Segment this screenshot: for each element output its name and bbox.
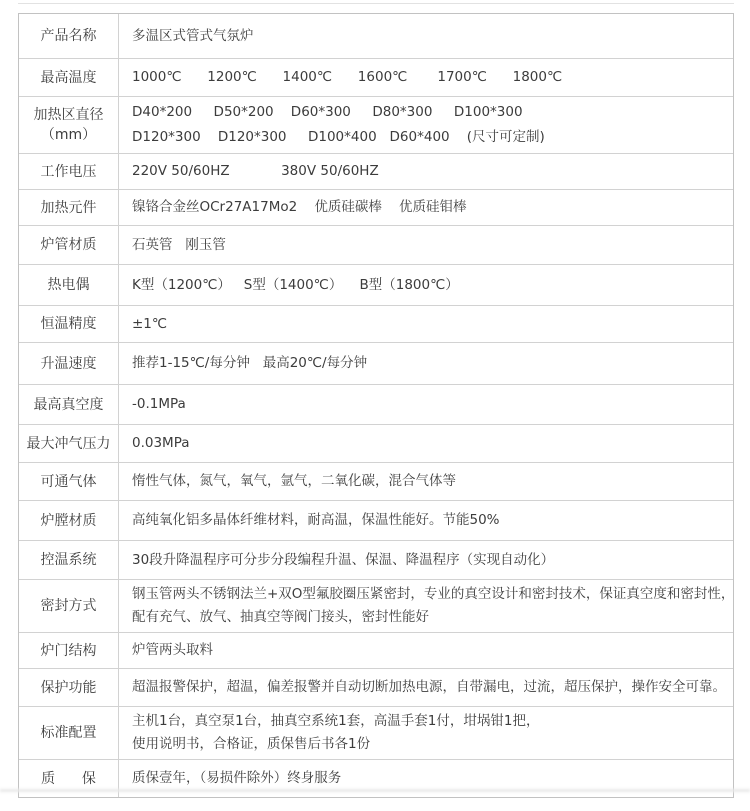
spec-row: 最大冲气压力0.03MPa — [19, 425, 733, 463]
spec-label: 密封方式 — [19, 580, 119, 632]
spec-label-line: 加热元件 — [41, 198, 97, 218]
spec-value-line: 0.03MPa — [132, 432, 727, 455]
spec-value: K型（1200℃） S型（1400℃） B型（1800℃） — [119, 271, 733, 300]
spec-label-line: 产品名称 — [41, 26, 97, 46]
spec-label-line: 最高真空度 — [34, 395, 104, 415]
spec-value: 镍铬合金丝OCr27A17Mo2 优质硅碳棒 优质硅钼棒 — [119, 193, 733, 222]
spec-value-line: 配有充气、放气、抽真空等阀门接头，密封性能好 — [132, 606, 727, 629]
spec-label-line: （mm） — [41, 125, 96, 145]
spec-row: 炉膛材质高纯氧化铝多晶体纤维材料，耐高温，保温性能好。节能50% — [19, 501, 733, 541]
spec-row: 加热区直径（mm）D40*200 D50*200 D60*300 D80*300… — [19, 97, 733, 154]
bottom-divider-shadow — [0, 789, 750, 792]
spec-value: 惰性气体，氮气，氧气，氩气，二氧化碳，混合气体等 — [119, 467, 733, 496]
spec-value-line: 主机1台，真空泵1台，抽真空系统1套，高温手套1付，坩埚钳1把， — [132, 710, 727, 733]
spec-value: D40*200 D50*200 D60*300 D80*300 D100*300… — [119, 97, 733, 153]
spec-label: 工作电压 — [19, 154, 119, 189]
spec-value: ±1℃ — [119, 310, 733, 339]
spec-value: 石英管 刚玉管 — [119, 231, 733, 260]
spec-value-line: D120*300 D120*300 D100*400 D60*400 (尺寸可定… — [132, 125, 727, 150]
spec-label-line: 加热区直径 — [34, 105, 104, 125]
spec-label-line: 标准配置 — [41, 723, 97, 743]
spec-value-line: 30段升降温程序可分步分段编程升温、保温、降温程序（实现自动化） — [132, 549, 727, 572]
spec-row: 产品名称多温区式管式气氛炉 — [19, 14, 733, 59]
spec-value-line: 高纯氧化铝多晶体纤维材料，耐高温，保温性能好。节能50% — [132, 509, 727, 532]
spec-value: 高纯氧化铝多晶体纤维材料，耐高温，保温性能好。节能50% — [119, 506, 733, 535]
spec-label: 最高真空度 — [19, 385, 119, 424]
spec-value: 主机1台，真空泵1台，抽真空系统1套，高温手套1付，坩埚钳1把，使用说明书，合格… — [119, 707, 733, 759]
spec-label: 可通气体 — [19, 463, 119, 500]
spec-label: 升温速度 — [19, 343, 119, 384]
spec-label-line: 炉门结构 — [41, 641, 97, 661]
spec-label-line: 炉管材质 — [41, 235, 97, 255]
spec-row: 热电偶K型（1200℃） S型（1400℃） B型（1800℃） — [19, 265, 733, 306]
spec-value: 炉管两头取料 — [119, 636, 733, 665]
spec-value: 0.03MPa — [119, 429, 733, 458]
spec-value-line: 质保壹年，（易损件除外）终身服务 — [132, 767, 727, 790]
spec-label-line: 炉膛材质 — [41, 511, 97, 531]
spec-row: 密封方式钢玉管两头不锈钢法兰+双O型氟胶圈压紧密封，专业的真空设计和密封技术，保… — [19, 580, 733, 633]
spec-value-line: 使用说明书，合格证，质保售后书各1份 — [132, 733, 727, 756]
spec-label: 加热区直径（mm） — [19, 97, 119, 153]
spec-label-line: 工作电压 — [41, 162, 97, 182]
spec-label-line: 密封方式 — [41, 596, 97, 616]
spec-value: 1000℃ 1200℃ 1400℃ 1600℃ 1700℃ 1800℃ — [119, 63, 733, 92]
spec-row: 标准配置主机1台，真空泵1台，抽真空系统1套，高温手套1付，坩埚钳1把，使用说明… — [19, 707, 733, 760]
spec-value-line: K型（1200℃） S型（1400℃） B型（1800℃） — [132, 274, 727, 297]
spec-value-line: 惰性气体，氮气，氧气，氩气，二氧化碳，混合气体等 — [132, 470, 727, 493]
spec-label-line: 最高温度 — [41, 68, 97, 88]
spec-value-line: 炉管两头取料 — [132, 639, 727, 662]
spec-label: 最高温度 — [19, 59, 119, 96]
spec-value-line: 镍铬合金丝OCr27A17Mo2 优质硅碳棒 优质硅钼棒 — [132, 196, 727, 219]
spec-row: 最高真空度-0.1MPa — [19, 385, 733, 425]
spec-label: 产品名称 — [19, 14, 119, 58]
spec-value-line: 220V 50/60HZ 380V 50/60HZ — [132, 160, 727, 183]
spec-value: 多温区式管式气氛炉 — [119, 22, 733, 51]
spec-value-line: D40*200 D50*200 D60*300 D80*300 D100*300 — [132, 100, 727, 125]
spec-row: 炉门结构炉管两头取料 — [19, 633, 733, 669]
top-divider-line — [18, 3, 734, 4]
spec-value-line: 超温报警保护，超温，偏差报警并自动切断加热电源，自带漏电，过流，超压保护，操作安… — [132, 676, 727, 699]
spec-label-line: 保护功能 — [41, 678, 97, 698]
spec-label-line: 质 保 — [41, 769, 96, 789]
spec-label: 热电偶 — [19, 265, 119, 305]
spec-row: 保护功能超温报警保护，超温，偏差报警并自动切断加热电源，自带漏电，过流，超压保护… — [19, 669, 733, 707]
spec-value: 钢玉管两头不锈钢法兰+双O型氟胶圈压紧密封，专业的真空设计和密封技术，保证真空度… — [119, 580, 733, 632]
spec-row: 炉管材质石英管 刚玉管 — [19, 226, 733, 265]
spec-label-line: 最大冲气压力 — [27, 434, 111, 454]
spec-value: 30段升降温程序可分步分段编程升温、保温、降温程序（实现自动化） — [119, 546, 733, 575]
spec-row: 恒温精度±1℃ — [19, 306, 733, 343]
spec-label: 标准配置 — [19, 707, 119, 759]
spec-row: 升温速度推荐1-15℃/每分钟 最高20℃/每分钟 — [19, 343, 733, 385]
spec-value-line: 钢玉管两头不锈钢法兰+双O型氟胶圈压紧密封，专业的真空设计和密封技术，保证真空度… — [132, 583, 727, 606]
spec-value: -0.1MPa — [119, 390, 733, 419]
spec-value-line: -0.1MPa — [132, 393, 727, 416]
spec-value: 超温报警保护，超温，偏差报警并自动切断加热电源，自带漏电，过流，超压保护，操作安… — [119, 673, 733, 702]
spec-row: 工作电压220V 50/60HZ 380V 50/60HZ — [19, 154, 733, 190]
spec-value: 220V 50/60HZ 380V 50/60HZ — [119, 157, 733, 186]
spec-value-line: 多温区式管式气氛炉 — [132, 25, 727, 48]
spec-label-line: 热电偶 — [48, 275, 90, 295]
product-spec-table: 产品名称多温区式管式气氛炉最高温度1000℃ 1200℃ 1400℃ 1600℃… — [18, 13, 734, 798]
spec-label-line: 控温系统 — [41, 550, 97, 570]
spec-label: 控温系统 — [19, 541, 119, 579]
spec-label: 恒温精度 — [19, 306, 119, 342]
spec-label: 最大冲气压力 — [19, 425, 119, 462]
spec-value-line: 石英管 刚玉管 — [132, 234, 727, 257]
spec-label-line: 恒温精度 — [41, 314, 97, 334]
spec-label-line: 升温速度 — [41, 354, 97, 374]
spec-value-line: 推荐1-15℃/每分钟 最高20℃/每分钟 — [132, 352, 727, 375]
spec-value: 推荐1-15℃/每分钟 最高20℃/每分钟 — [119, 349, 733, 378]
spec-label: 炉管材质 — [19, 226, 119, 264]
spec-row: 加热元件镍铬合金丝OCr27A17Mo2 优质硅碳棒 优质硅钼棒 — [19, 190, 733, 226]
spec-value-line: ±1℃ — [132, 313, 727, 336]
spec-label: 炉门结构 — [19, 633, 119, 668]
spec-row: 控温系统30段升降温程序可分步分段编程升温、保温、降温程序（实现自动化） — [19, 541, 733, 580]
spec-value-line: 1000℃ 1200℃ 1400℃ 1600℃ 1700℃ 1800℃ — [132, 66, 727, 89]
spec-label: 保护功能 — [19, 669, 119, 706]
spec-row: 最高温度1000℃ 1200℃ 1400℃ 1600℃ 1700℃ 1800℃ — [19, 59, 733, 97]
spec-label-line: 可通气体 — [41, 472, 97, 492]
spec-row: 可通气体惰性气体，氮气，氧气，氩气，二氧化碳，混合气体等 — [19, 463, 733, 501]
spec-label: 炉膛材质 — [19, 501, 119, 540]
spec-label: 加热元件 — [19, 190, 119, 225]
